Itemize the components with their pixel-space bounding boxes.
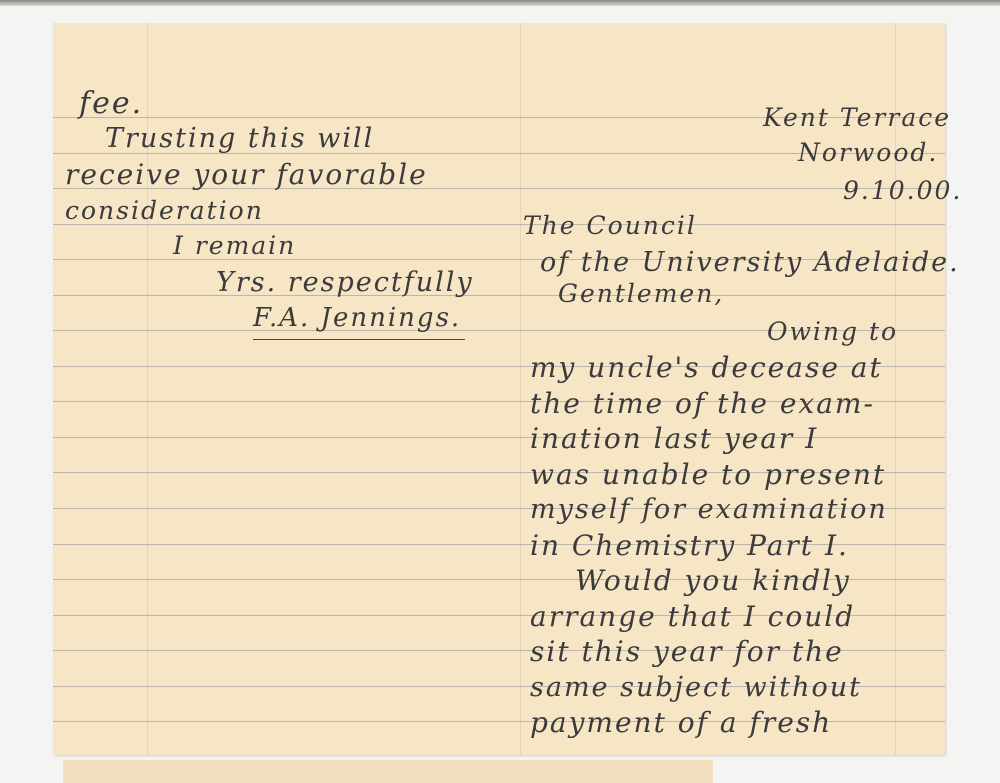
ruled-line bbox=[53, 295, 945, 296]
recipient-line-2: of the University Adelaide. bbox=[540, 249, 960, 276]
body-line-7: in Chemistry Part I. bbox=[530, 532, 849, 560]
body-line-3: the time of the exam- bbox=[530, 390, 875, 418]
address-suburb: Norwood. bbox=[798, 140, 938, 165]
fold-crease-right bbox=[895, 23, 897, 755]
left-line-fee: fee. bbox=[79, 89, 143, 119]
letter-sheet: fee. Trusting this will receive your fav… bbox=[53, 23, 945, 755]
left-line-trusting: Trusting this will bbox=[105, 125, 374, 152]
body-line-10: sit this year for the bbox=[530, 638, 844, 666]
body-line-9: arrange that I could bbox=[530, 603, 855, 631]
salutation: Gentlemen, bbox=[558, 281, 724, 306]
body-line-5: was unable to present bbox=[530, 461, 886, 489]
left-line-respectfully: Yrs. respectfully bbox=[216, 269, 474, 296]
left-line-consideration: consideration bbox=[65, 198, 264, 223]
body-line-1: Owing to bbox=[767, 319, 898, 344]
body-line-8: Would you kindly bbox=[575, 567, 851, 595]
underlying-sheet bbox=[63, 760, 713, 783]
signature: F.A. Jennings. bbox=[253, 305, 461, 331]
left-line-receive: receive your favorable bbox=[65, 161, 428, 189]
body-line-6: myself for examination bbox=[530, 496, 888, 523]
signature-underline bbox=[253, 339, 465, 340]
letter-date: 9.10.00. bbox=[843, 178, 962, 203]
body-line-11: same subject without bbox=[530, 674, 862, 701]
body-line-4: ination last year I bbox=[530, 425, 818, 453]
scanner-edge bbox=[0, 0, 1000, 6]
body-line-2: my uncle's decease at bbox=[530, 354, 883, 382]
fold-crease-center bbox=[520, 23, 522, 755]
address-street: Kent Terrace bbox=[763, 105, 951, 130]
body-line-12: payment of a fresh bbox=[530, 709, 832, 737]
recipient-line-1: The Council bbox=[523, 213, 697, 238]
left-line-remain: I remain bbox=[173, 233, 296, 258]
